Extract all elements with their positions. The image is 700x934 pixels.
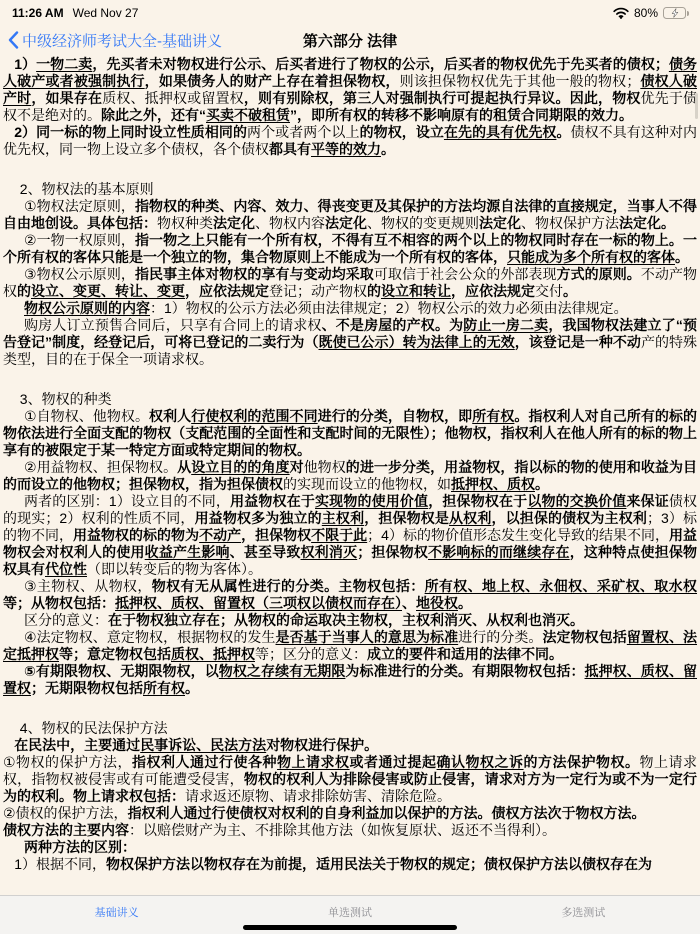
back-button[interactable]: 中级经济师考试大全-基础讲义 <box>8 24 222 56</box>
paragraph: 1）根据不同，物权保护方法以物权存在为前提，适用民法关于物权的规定；债权保护方法… <box>3 856 697 873</box>
status-left: 11:26 AM Wed Nov 27 <box>12 6 138 20</box>
paragraph: 两种方法的区别： <box>3 839 697 856</box>
paragraph: 1）一物二卖，先买者未对物权进行公示、后买者进行了物权的公示，后买者的物权优先于… <box>3 56 697 124</box>
section-heading: 4、物权的民法保护方法 <box>3 720 697 737</box>
status-time: 11:26 AM <box>12 6 64 20</box>
navigation-bar: 中级经济师考试大全-基础讲义 第六部分 法律 <box>0 24 700 56</box>
paragraph: ①物权法定原则，指物权的种类、内容、效力、得丧变更及其保护的方法均源自法律的直接… <box>3 198 697 232</box>
battery-percent: 80% <box>634 6 658 20</box>
wifi-icon <box>613 7 629 19</box>
home-indicator[interactable] <box>243 925 457 930</box>
paragraph: ③主物权、从物权，物权有无从属性进行的分类。主物权包括：所有权、地上权、永佃权、… <box>3 578 697 612</box>
paragraph: ②一物一权原则，指一物之上只能有一个所有权，不得有互不相容的两个以上的物权同时存… <box>3 232 697 266</box>
paragraph-gap <box>3 697 697 720</box>
paragraph: 物权公示原则的内容：1）物权的公示方法必须由法律规定；2）物权公示的效力必须由法… <box>3 300 697 317</box>
paragraph: ①自物权、他物权。权利人行使权利的范围不同进行的分类，自物权，即所有权。指权利人… <box>3 408 697 459</box>
paragraph: ②债权的保护方法，指权利人通过行使债权对权利的自身利益加以保护的方法。债权方法次… <box>3 805 697 822</box>
paragraph: ③物权公示原则，指民事主体对物权的享有与变动均采取可取信于社会公众的外部表现方式… <box>3 266 697 300</box>
paragraph: ①物权的保护方法，指权利人通过行使各种物上请求权或者通过提起确认物权之诉的方法保… <box>3 754 697 805</box>
charging-bolt-icon <box>671 9 678 18</box>
paragraph: 购房人订立预售合同后，只享有合同上的请求权、不是房屋的产权。为防止一房二卖，我国… <box>3 317 697 368</box>
paragraph-gap <box>3 368 697 391</box>
section-heading: 2、物权法的基本原则 <box>3 181 697 198</box>
battery-charging-icon <box>663 7 686 19</box>
paragraph: 2）同一标的物上同时设立性质相同的两个或者两个以上的物权，设立在先的具有优先权。… <box>3 124 697 158</box>
paragraph: 两者的区别：1）设立目的不同，用益物权在于实现物的使用价值，担保物权在于以物的交… <box>3 493 697 578</box>
paragraph: ④法定物权、意定物权，根据物权的发生是否基于当事人的意思为标准进行的分类。法定物… <box>3 629 697 663</box>
paragraph: ⑤有期限物权、无期限物权，以物权之存续有无期限为标准进行的分类。有期限物权包括：… <box>3 663 697 697</box>
document-content[interactable]: 1）一物二卖，先买者未对物权进行公示、后买者进行了物权的公示，后买者的物权优先于… <box>0 54 700 895</box>
tab-multi-choice-test[interactable]: 多选测试 <box>467 896 700 934</box>
status-bar: 11:26 AM Wed Nov 27 80% <box>0 0 700 24</box>
back-label: 中级经济师考试大全-基础讲义 <box>22 30 222 51</box>
paragraph: 区分的意义：在于物权独立存在；从物权的命运取决主物权，主权利消灭、从权利也消灭。 <box>3 612 697 629</box>
tab-basics-lecture[interactable]: 基础讲义 <box>0 896 233 934</box>
paragraph-gap <box>3 158 697 181</box>
section-heading: 3、物权的种类 <box>3 391 697 408</box>
paragraph: ②用益物权、担保物权。从设立目的的角度对他物权的进一步分类，用益物权，指以标的物… <box>3 459 697 493</box>
status-date: Wed Nov 27 <box>73 6 139 20</box>
paragraph: 债权方法的主要内容：以赔偿财产为主、不排除其他方法（如恢复原状、返还不当得利）。 <box>3 822 697 839</box>
paragraph: 在民法中，主要通过民事诉讼、民法方法对物权进行保护。 <box>3 737 697 754</box>
scrollbar-thumb[interactable] <box>695 93 698 119</box>
app-screen: 11:26 AM Wed Nov 27 80% <box>0 0 700 934</box>
chevron-left-icon <box>8 31 19 49</box>
status-right: 80% <box>613 6 688 20</box>
